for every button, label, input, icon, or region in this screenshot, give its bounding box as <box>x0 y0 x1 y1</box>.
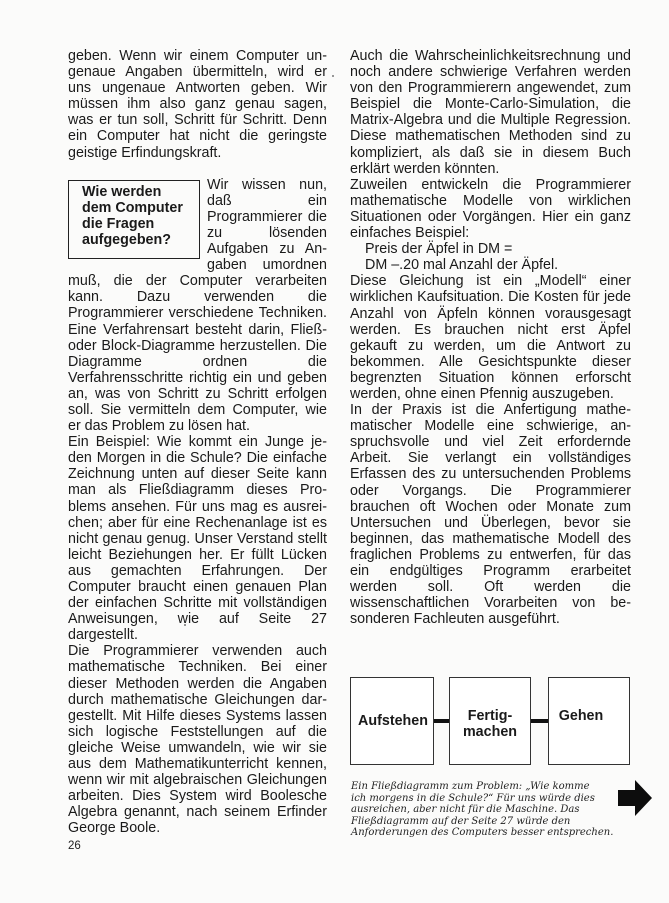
left-text-column: geben. Wenn wir einem Computer un­genaue… <box>68 48 327 837</box>
callout-line: die Fragen <box>82 216 199 232</box>
paragraph: Ein Beispiel: Wie kommt ein Junge je­den… <box>68 434 327 643</box>
scan-speck <box>184 624 186 626</box>
figure-caption: Ein Fließdiagramm zum Problem: „Wie komm… <box>351 781 611 839</box>
paragraph: Wie werdendem Computerdie Fragenaufgegeb… <box>68 177 327 435</box>
caption-line: ich morgens in die Schule?“ Für uns würd… <box>351 793 611 805</box>
flow-step-label: Aufstehen <box>358 713 428 729</box>
scan-speck <box>332 75 334 77</box>
callout-line: dem Computer <box>82 200 199 216</box>
flow-step-fertigmachen: Fertig-machen <box>449 677 531 765</box>
right-text-column: Auch die Wahrscheinlichkeitsrechnung und… <box>350 48 631 627</box>
paragraph: Diese Gleichung ist ein „Modell“ einer w… <box>350 273 631 402</box>
formula-line: Preis der Äpfel in DM = <box>350 241 631 257</box>
caption-line: ausreichen, aber nicht für die Maschine.… <box>351 804 611 816</box>
paragraph: Die Programmierer verwenden auch mathema… <box>68 643 327 836</box>
page-number: 26 <box>68 840 81 852</box>
caption-line: Anforderungen des Computers besser entsp… <box>351 827 611 839</box>
flow-step-gehen: Gehen <box>548 677 630 765</box>
flow-step-aufstehen: Aufstehen <box>350 677 434 765</box>
caption-line: Ein Fließdiagramm zum Problem: „Wie komm… <box>351 781 611 793</box>
callout-line: Wie werden <box>82 184 199 200</box>
paragraph: Auch die Wahrscheinlichkeitsrechnung und… <box>350 48 631 177</box>
paragraph: In der Praxis ist die Anfertigung mathe­… <box>350 402 631 627</box>
paragraph: geben. Wenn wir einem Computer un­genaue… <box>68 48 327 161</box>
flow-step-label: machen <box>463 724 517 740</box>
flow-step-label: Gehen <box>559 708 604 724</box>
right-arrow-icon <box>616 779 654 817</box>
sidebar-question-box: Wie werdendem Computerdie Fragenaufgegeb… <box>68 180 200 259</box>
flowchart-diagram: Aufstehen Fertig-machen Gehen <box>350 677 630 765</box>
caption-line: Fließdiagramm auf der Seite 27 würde den <box>351 816 611 828</box>
callout-line: aufgegeben? <box>82 232 199 248</box>
flow-step-label: Fertig- <box>463 708 517 724</box>
formula-line: DM –.20 mal Anzahl der Äpfel. <box>350 257 631 273</box>
paragraph: Zuweilen entwickeln die Programmie­rer m… <box>350 177 631 241</box>
